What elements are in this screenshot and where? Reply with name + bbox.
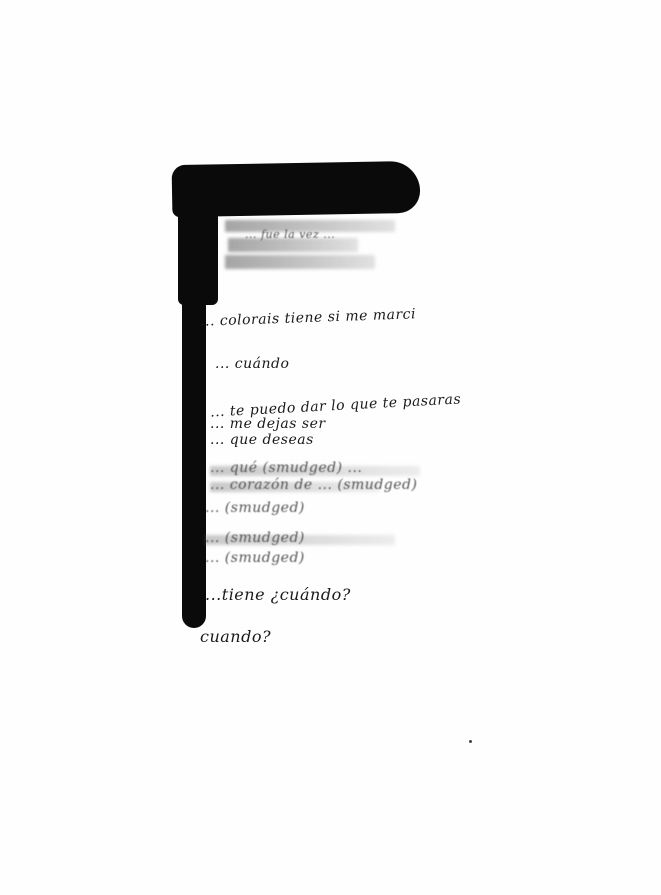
handwritten-line: ... me dejas ser	[210, 416, 326, 432]
handwritten-line-smudged: ... (smudged)	[205, 530, 305, 546]
stray-mark	[469, 740, 472, 743]
handwritten-line-smudged: ... corazón de ... (smudged)	[210, 477, 417, 493]
handwritten-line-smudged: ... qué (smudged) ...	[210, 460, 362, 476]
scanned-page: ... fue la vez ... ... colorais tiene si…	[0, 0, 661, 895]
ink-brushstroke-vertical	[178, 185, 218, 305]
handwritten-line: ... que deseas	[210, 432, 314, 448]
handwritten-line: ... cuándo	[215, 356, 289, 372]
erased-line: ... fue la vez ...	[245, 228, 335, 241]
handwritten-line: cuando?	[200, 627, 271, 646]
handwritten-line: ...tiene ¿cuándo?	[205, 585, 351, 604]
handwritten-line: ... colorais tiene si me marci	[200, 306, 416, 330]
handwritten-line-smudged: ... (smudged)	[205, 550, 305, 566]
erased-smear	[225, 255, 375, 269]
handwritten-line-smudged: ... (smudged)	[205, 500, 305, 516]
ink-brushstroke-vertical-drip	[182, 290, 206, 628]
